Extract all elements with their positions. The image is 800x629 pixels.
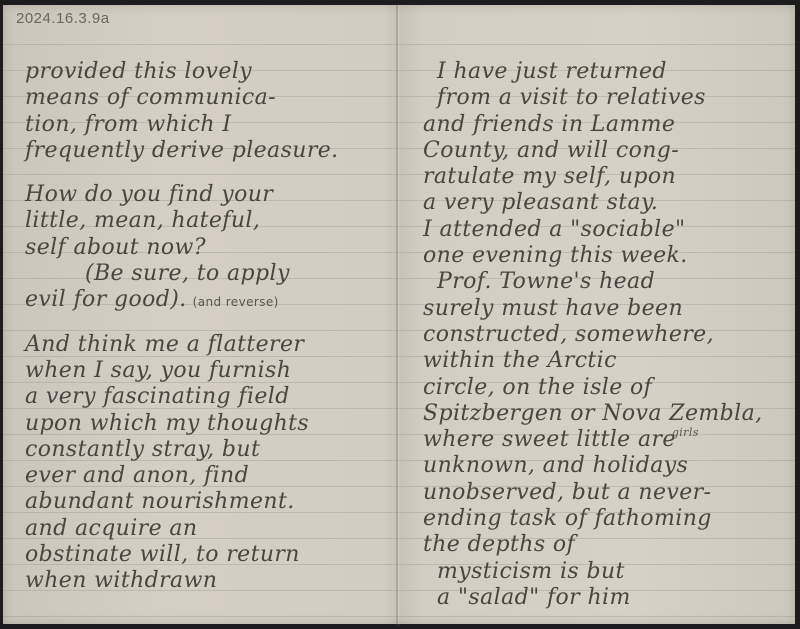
handwritten-text: where sweet little are [423, 427, 676, 452]
handwritten-line: and acquire an [25, 516, 393, 542]
handwritten-line: little, mean, hateful, [25, 208, 393, 234]
handwritten-line: constantly stray, but [25, 437, 393, 463]
handwritten-line: obstinate will, to return [25, 542, 393, 568]
handwritten-line: upon which my thoughts [25, 411, 393, 437]
accession-number: 2024.16.3.9a [16, 10, 110, 27]
margin-note: (and reverse) [193, 295, 279, 309]
handwritten-line: unobserved, but a never- [423, 480, 793, 506]
handwritten-line: frequently derive pleasure. [25, 138, 393, 164]
handwritten-line: I attended a "sociable" [423, 217, 793, 243]
handwritten-line: And think me a flatterer [25, 332, 393, 358]
handwritten-line: the depths of [423, 532, 793, 558]
handwritten-line: circle, on the isle of [423, 375, 793, 401]
handwritten-line: and friends in Lamme [423, 112, 793, 138]
page-fold [396, 5, 398, 624]
handwritten-line-with-insertion: where sweet little aregirls [423, 427, 793, 453]
handwritten-line: when withdrawn [25, 568, 393, 594]
handwritten-line: ratulate my self, upon [423, 164, 793, 190]
handwritten-line: a "salad" for him [423, 585, 793, 611]
handwritten-line: from a visit to relatives [423, 85, 793, 111]
handwritten-line-with-note: evil for good).(and reverse) [25, 287, 393, 313]
handwritten-line: (Be sure, to apply [25, 261, 393, 287]
inserted-word: girls [672, 426, 699, 439]
letter-sheet: 2024.16.3.9a provided this lovely means … [3, 5, 795, 624]
handwritten-line: mysticism is but [423, 559, 793, 585]
handwritten-line: means of communica- [25, 85, 393, 111]
handwritten-line: County, and will cong- [423, 138, 793, 164]
handwritten-line: How do you find your [25, 182, 393, 208]
handwritten-line: constructed, somewhere, [423, 322, 793, 348]
handwritten-text: evil for good). [25, 287, 187, 312]
handwritten-line: surely must have been [423, 296, 793, 322]
paragraph-gap [25, 314, 393, 332]
paragraph-gap [25, 164, 393, 182]
handwritten-line: tion, from which I [25, 112, 393, 138]
handwritten-line: when I say, you furnish [25, 358, 393, 384]
handwritten-line: one evening this week. [423, 243, 793, 269]
right-page: I have just returned from a visit to rel… [423, 59, 793, 611]
handwritten-line: ever and anon, find [25, 463, 393, 489]
handwritten-line: within the Arctic [423, 348, 793, 374]
handwritten-line: a very pleasant stay. [423, 190, 793, 216]
handwritten-line: abundant nourishment. [25, 489, 393, 515]
handwritten-line: provided this lovely [25, 59, 393, 85]
handwritten-line: I have just returned [423, 59, 793, 85]
handwritten-line: Prof. Towne's head [423, 269, 793, 295]
handwritten-line: Spitzbergen or Nova Zembla, [423, 401, 793, 427]
handwritten-line: a very fascinating field [25, 384, 393, 410]
left-page: provided this lovely means of communica-… [25, 59, 393, 595]
scanned-letter: 2024.16.3.9a provided this lovely means … [0, 0, 800, 629]
handwritten-line: unknown, and holidays [423, 453, 793, 479]
handwritten-line: self about now? [25, 235, 393, 261]
handwritten-line: ending task of fathoming [423, 506, 793, 532]
